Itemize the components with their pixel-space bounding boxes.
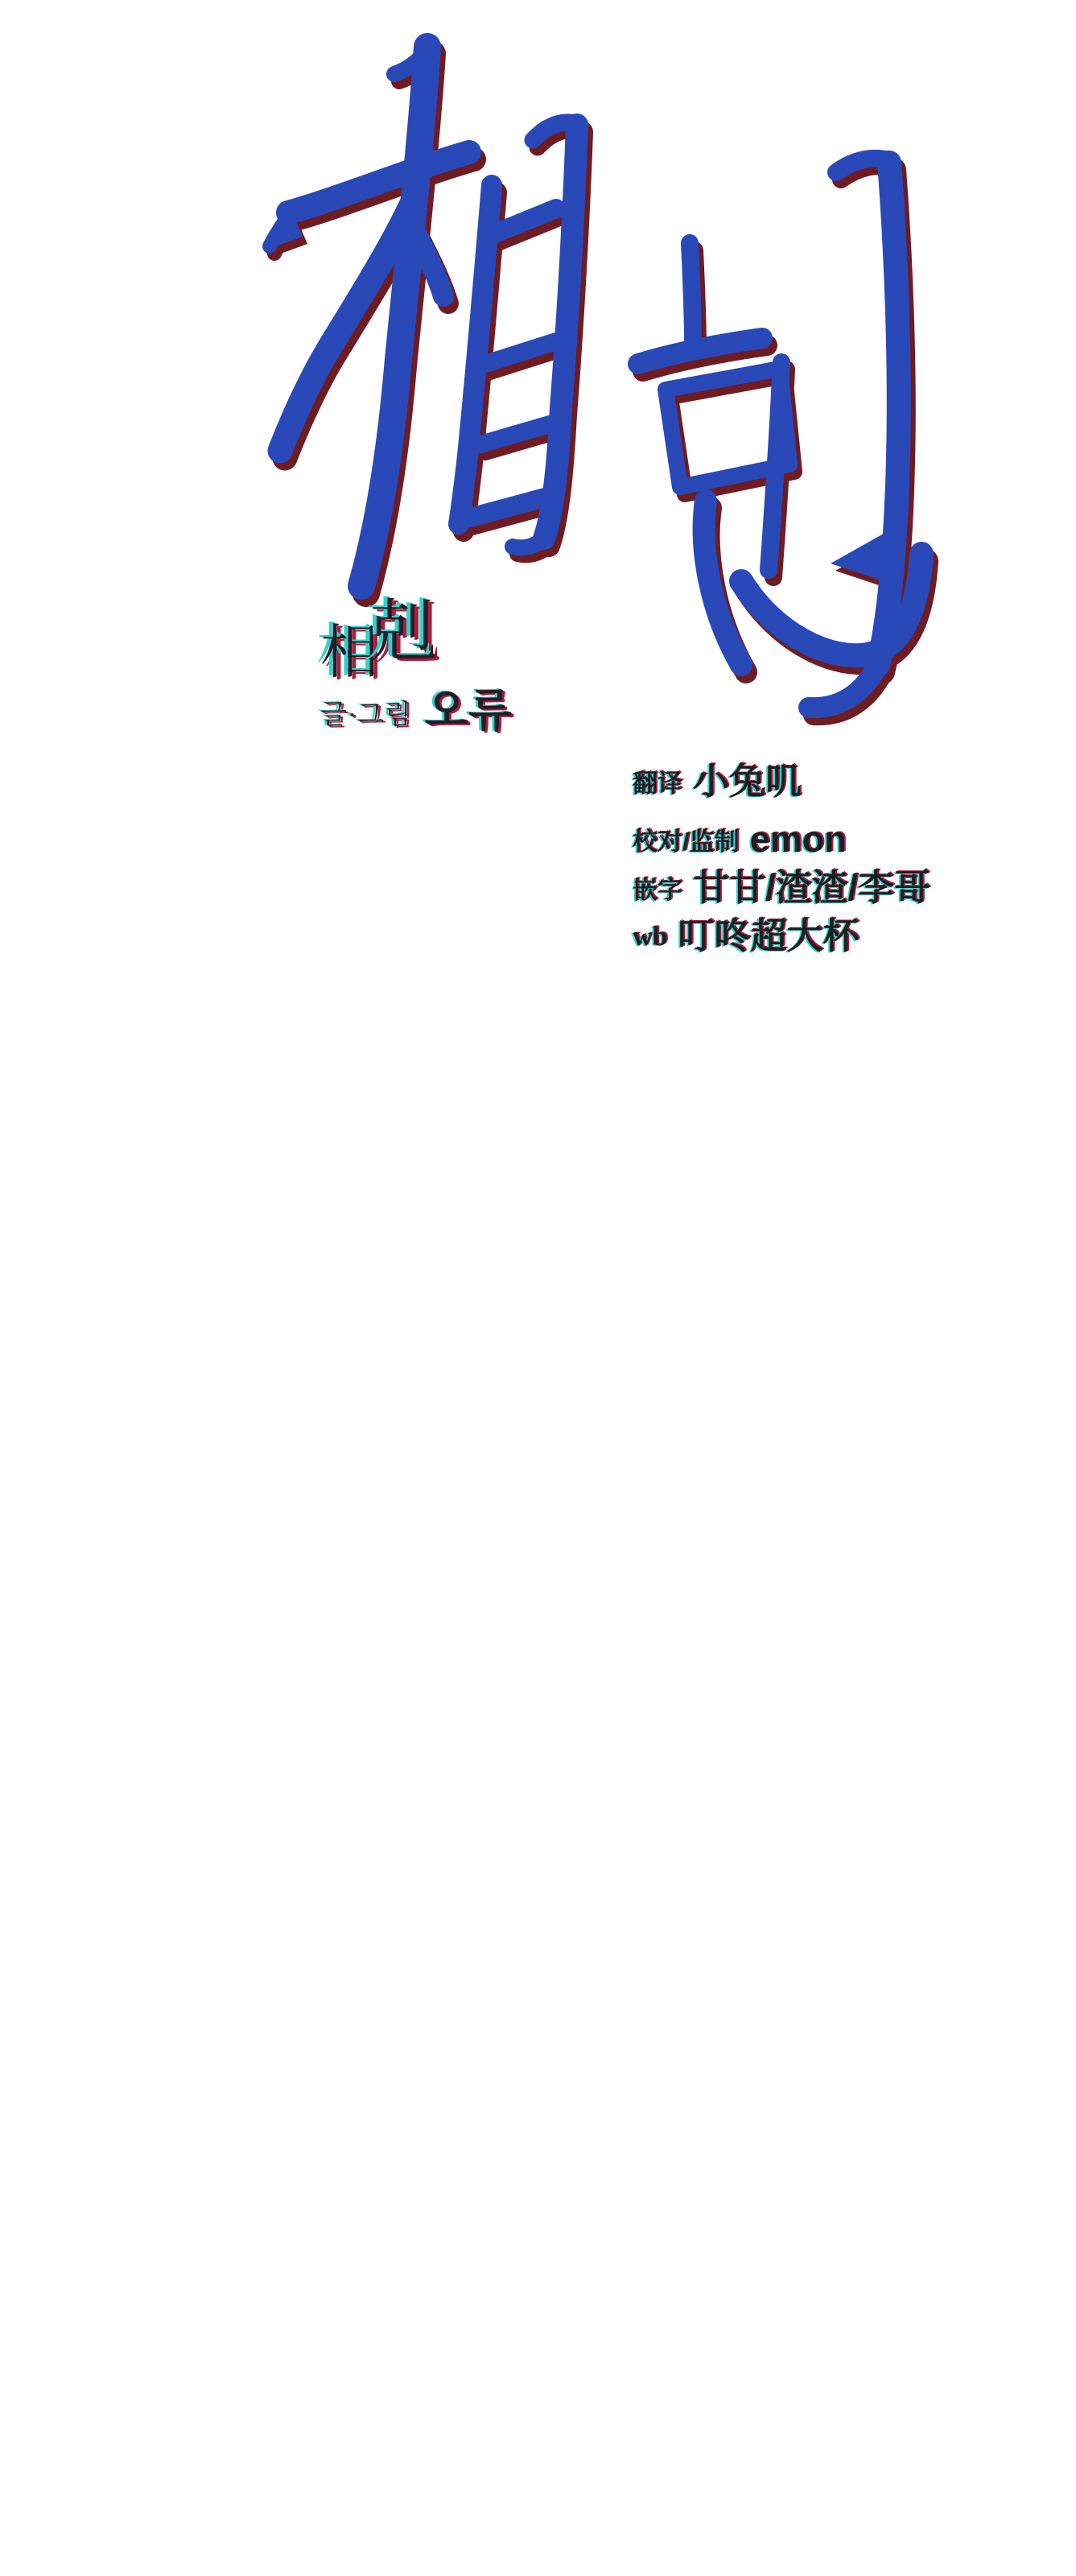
- byline-label: 글·그림: [320, 702, 412, 729]
- credit-name-translator: 小兔叽: [693, 763, 802, 800]
- byline-author-name: 오류: [425, 689, 512, 734]
- credit-row-proofread: 校对/监制 emon: [633, 821, 930, 858]
- subtitle: 相 剋: [319, 599, 456, 689]
- credit-label-weibo: wb: [633, 923, 667, 951]
- credit-name-typeset: 甘甘/渣渣/李哥: [693, 869, 930, 906]
- credit-row-typeset: 嵌字 甘甘/渣渣/李哥: [633, 869, 930, 906]
- credit-row-translator: 翻译 小兔叽: [633, 763, 930, 800]
- credit-name-weibo: 叮咚超大杯: [678, 918, 859, 955]
- credit-label-proofread: 校对/监制: [633, 829, 740, 854]
- credit-label-translator: 翻译: [633, 771, 682, 796]
- credit-name-proofread: emon: [750, 821, 847, 858]
- credit-row-weibo: wb 叮咚超大杯: [633, 918, 930, 955]
- subtitle-char-2: 剋: [370, 599, 438, 667]
- credits-block: 翻译 小兔叽 校对/监制 emon 嵌字 甘甘/渣渣/李哥 wb 叮咚超大杯: [633, 763, 930, 966]
- title-page: 相剋: [0, 0, 1076, 2576]
- credit-label-typeset: 嵌字: [633, 877, 682, 902]
- byline: 글·그림 오류: [320, 689, 512, 734]
